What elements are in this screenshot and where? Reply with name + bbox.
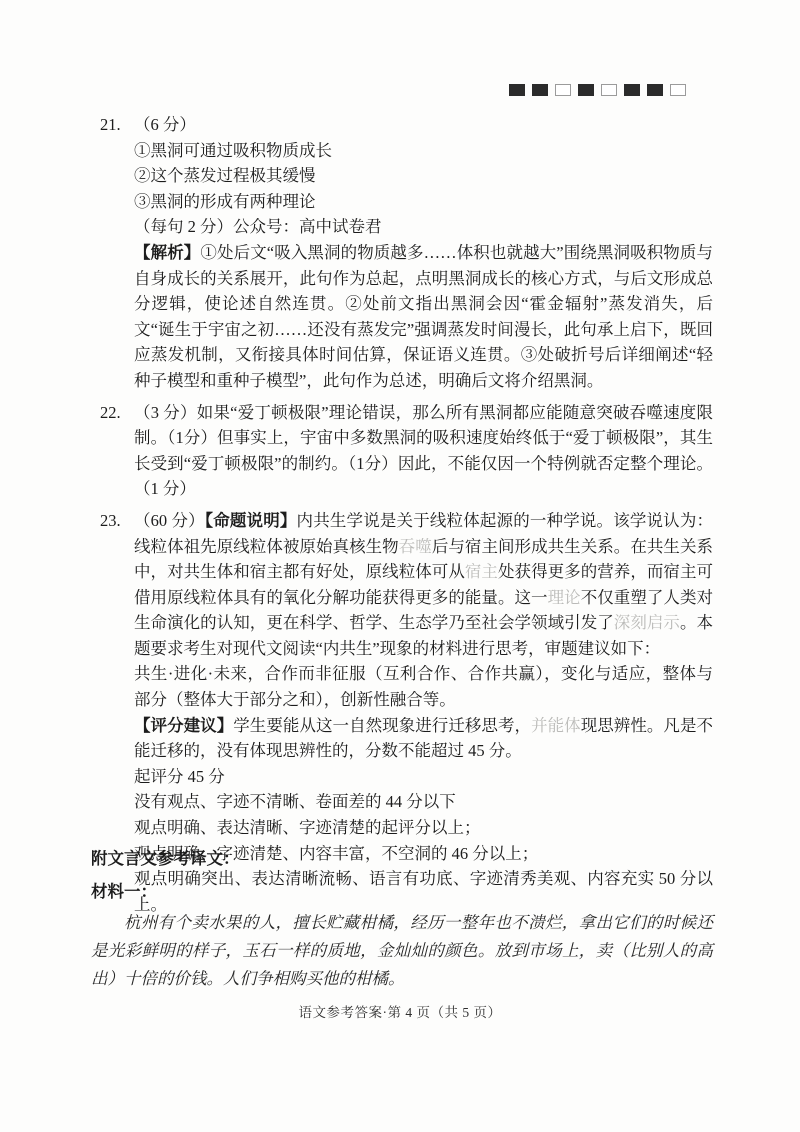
registration-marks — [509, 84, 686, 96]
question-21: 21. （6 分） ①黑洞可通过吸积物质成长 ②这个蒸发过程极其缓慢 ③黑洞的形… — [100, 112, 713, 394]
grading-score-line-3: 观点明确、表达清晰、字迹清楚的起评分以上； — [134, 815, 713, 841]
registration-mark-filled — [624, 84, 640, 96]
analysis-label: 【解析】 — [134, 243, 200, 262]
proposition-label: 【命题说明】 — [205, 511, 297, 530]
answer-body: 21. （6 分） ①黑洞可通过吸积物质成长 ②这个蒸发过程极其缓慢 ③黑洞的形… — [100, 112, 713, 923]
registration-mark-outline — [670, 84, 686, 96]
grading-label: 【评分建议】 — [134, 716, 233, 735]
question-21-analysis: 【解析】①处后文“吸入黑洞的物质越多……体积也就越大”围绕黑洞吸积物质与自身成长… — [134, 240, 713, 394]
question-21-score: （6 分） — [134, 112, 713, 138]
registration-mark-filled — [578, 84, 594, 96]
question-21-answer-1: ①黑洞可通过吸积物质成长 — [134, 138, 713, 164]
registration-mark-filled — [509, 84, 525, 96]
material-1-label: 材料一： — [91, 879, 713, 905]
question-23-proposition: （60 分）【命题说明】内共生学说是关于线粒体起源的一种学说。该学说认为：线粒体… — [134, 508, 713, 662]
page-footer: 语文参考答案·第 4 页（共 5 页） — [0, 1001, 800, 1021]
grading-score-line-2: 没有观点、字迹不清晰、卷面差的 44 分以下 — [134, 789, 713, 815]
question-22-answer: （3 分）如果“爱丁顿极限”理论错误，那么所有黑洞都应能随意突破吞噬速度限制。（… — [134, 400, 713, 502]
grading-score-line-1: 起评分 45 分 — [134, 764, 713, 790]
question-23-score: （60 分） — [134, 511, 205, 530]
question-23-keywords: 共生·进化·未来，合作而非征服（互利合作、合作共赢），变化与适应，整体与部分（整… — [134, 661, 713, 712]
material-1-translation: 杭州有个卖水果的人，擅长贮藏柑橘，经历一整年也不溃烂，拿出它们的时候还是光彩鲜明… — [91, 909, 713, 993]
question-21-number: 21. — [100, 112, 134, 394]
answer-key-page: 21. （6 分） ①黑洞可通过吸积物质成长 ②这个蒸发过程极其缓慢 ③黑洞的形… — [0, 0, 800, 1132]
question-23-grading: 【评分建议】学生要能从这一自然现象进行迁移思考，并能体现思辨性。凡是不能迁移的，… — [134, 713, 713, 764]
registration-mark-outline — [601, 84, 617, 96]
analysis-text: ①处后文“吸入黑洞的物质越多……体积也就越大”围绕黑洞吸积物质与自身成长的关系展… — [134, 243, 713, 390]
question-22: 22. （3 分）如果“爱丁顿极限”理论错误，那么所有黑洞都应能随意突破吞噬速度… — [100, 400, 713, 502]
translation-heading: 附文言文参考译文： — [91, 846, 713, 872]
registration-mark-filled — [647, 84, 663, 96]
translation-section: 附文言文参考译文： 材料一： 杭州有个卖水果的人，擅长贮藏柑橘，经历一整年也不溃… — [91, 846, 713, 993]
question-21-answer-2: ②这个蒸发过程极其缓慢 — [134, 163, 713, 189]
question-22-number: 22. — [100, 400, 134, 502]
proposition-text: 内共生学说是关于线粒体起源的一种学说。该学说认为：线粒体祖先原线粒体被原始真核生… — [134, 511, 713, 658]
registration-mark-filled — [532, 84, 548, 96]
question-21-score-note: （每句 2 分）公众号：高中试卷君 — [134, 214, 713, 240]
question-21-answer-3: ③黑洞的形成有两种理论 — [134, 189, 713, 215]
registration-mark-outline — [555, 84, 571, 96]
